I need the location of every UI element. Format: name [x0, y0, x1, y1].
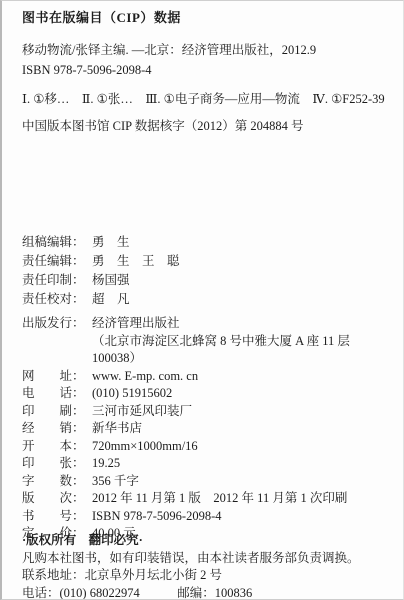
- colophon-value: 720mm×1000mm/16: [92, 439, 198, 453]
- cip-section: 图书在版编目（CIP）数据 移动物流/张铎主编. —北京：经济管理出版社，201…: [22, 9, 393, 136]
- cip-isbn-line: ISBN 978-7-5096-2098-4: [22, 60, 393, 80]
- colophon-row-publisher: 出版发行：经济管理出版社: [22, 315, 393, 333]
- colophon-value: www. E-mp. com. cn: [92, 369, 198, 383]
- editor-value: 勇 生: [92, 235, 130, 249]
- colophon-label: 网 址：: [22, 368, 92, 386]
- colophon-label: 开 本：: [22, 438, 92, 456]
- colophon-label: 书 号：: [22, 508, 92, 526]
- cip-classification: Ⅰ. ①移… Ⅱ. ①张… Ⅲ. ①电子商务—应用—物流 Ⅳ. ①F252-39: [22, 89, 393, 109]
- colophon-value: 19.25: [92, 456, 120, 470]
- editor-label: 责任编辑：: [22, 252, 92, 271]
- colophon-label: 电 话：: [22, 385, 92, 403]
- colophon-value: 356 千字: [92, 474, 139, 488]
- cip-title-line: 移动物流/张铎主编. —北京：经济管理出版社，2012.9: [22, 40, 393, 60]
- colophon-label: 出版发行：: [22, 315, 92, 333]
- editor-label: 责任校对：: [22, 290, 92, 309]
- colophon-label: 字 数：: [22, 473, 92, 491]
- editor-row: 责任编辑：勇 生 王 聪: [22, 252, 393, 271]
- colophon-label: 印 张：: [22, 455, 92, 473]
- editor-label: 责任印制：: [22, 271, 92, 290]
- cip-header: 图书在版编目（CIP）数据: [22, 9, 393, 27]
- colophon-value: ISBN 978-7-5096-2098-4: [92, 509, 222, 523]
- colophon-value: 2012 年 11 月第 1 版 2012 年 11 月第 1 次印刷: [92, 491, 347, 505]
- colophon-row-printer: 印 刷：三河市延风印装厂: [22, 403, 393, 421]
- cip-record-number: 中国版本图书馆 CIP 数据核字（2012）第 204884 号: [22, 116, 393, 136]
- contact-address-line: 联系地址：北京阜外月坛北小街 2 号: [22, 567, 393, 585]
- editor-value: 超 凡: [92, 292, 130, 306]
- colophon-label: 版 次：: [22, 490, 92, 508]
- colophon-value: (010) 51915602: [92, 386, 172, 400]
- copyright-page: 图书在版编目（CIP）数据 移动物流/张铎主编. —北京：经济管理出版社，201…: [0, 0, 404, 600]
- colophon-label: 经 销：: [22, 420, 92, 438]
- contact-phone-line: 电话：(010) 68022974 邮编：100836: [22, 585, 393, 600]
- colophon-label: 印 刷：: [22, 403, 92, 421]
- colophon-section: 出版发行：经济管理出版社 （北京市海淀区北蜂窝 8 号中雅大厦 A 座 11 层…: [22, 315, 393, 543]
- colophon-row-edition: 版 次：2012 年 11 月第 1 版 2012 年 11 月第 1 次印刷: [22, 490, 393, 508]
- colophon-row-format: 开 本：720mm×1000mm/16: [22, 438, 393, 456]
- exchange-policy-line: 凡购本社图书，如有印装错误，由本社读者服务部负责调换。: [22, 550, 393, 568]
- colophon-row-wordcount: 字 数：356 千字: [22, 473, 393, 491]
- publisher-address: （北京市海淀区北蜂窝 8 号中雅大厦 A 座 11 层 100038）: [22, 333, 393, 368]
- colophon-row-isbn: 书 号：ISBN 978-7-5096-2098-4: [22, 508, 393, 526]
- editor-row: 责任校对：超 凡: [22, 290, 393, 309]
- colophon-value: 经济管理出版社: [92, 316, 180, 330]
- colophon-value: 新华书店: [92, 421, 142, 435]
- colophon-row-website: 网 址：www. E-mp. com. cn: [22, 368, 393, 386]
- copyright-notice-title: ·版权所有 翻印必究·: [22, 532, 393, 550]
- editor-label: 组稿编辑：: [22, 233, 92, 252]
- colophon-row-sheets: 印 张：19.25: [22, 455, 393, 473]
- colophon-row-distributor: 经 销：新华书店: [22, 420, 393, 438]
- colophon-value: 三河市延风印装厂: [92, 404, 192, 418]
- editor-value: 勇 生 王 聪: [92, 254, 180, 268]
- editor-row: 责任印制：杨国强: [22, 271, 393, 290]
- colophon-row-phone: 电 话：(010) 51915602: [22, 385, 393, 403]
- editors-section: 组稿编辑：勇 生 责任编辑：勇 生 王 聪 责任印制：杨国强 责任校对：超 凡: [22, 233, 393, 309]
- copyright-notice-section: ·版权所有 翻印必究· 凡购本社图书，如有印装错误，由本社读者服务部负责调换。 …: [22, 532, 393, 600]
- editor-row: 组稿编辑：勇 生: [22, 233, 393, 252]
- editor-value: 杨国强: [92, 273, 130, 287]
